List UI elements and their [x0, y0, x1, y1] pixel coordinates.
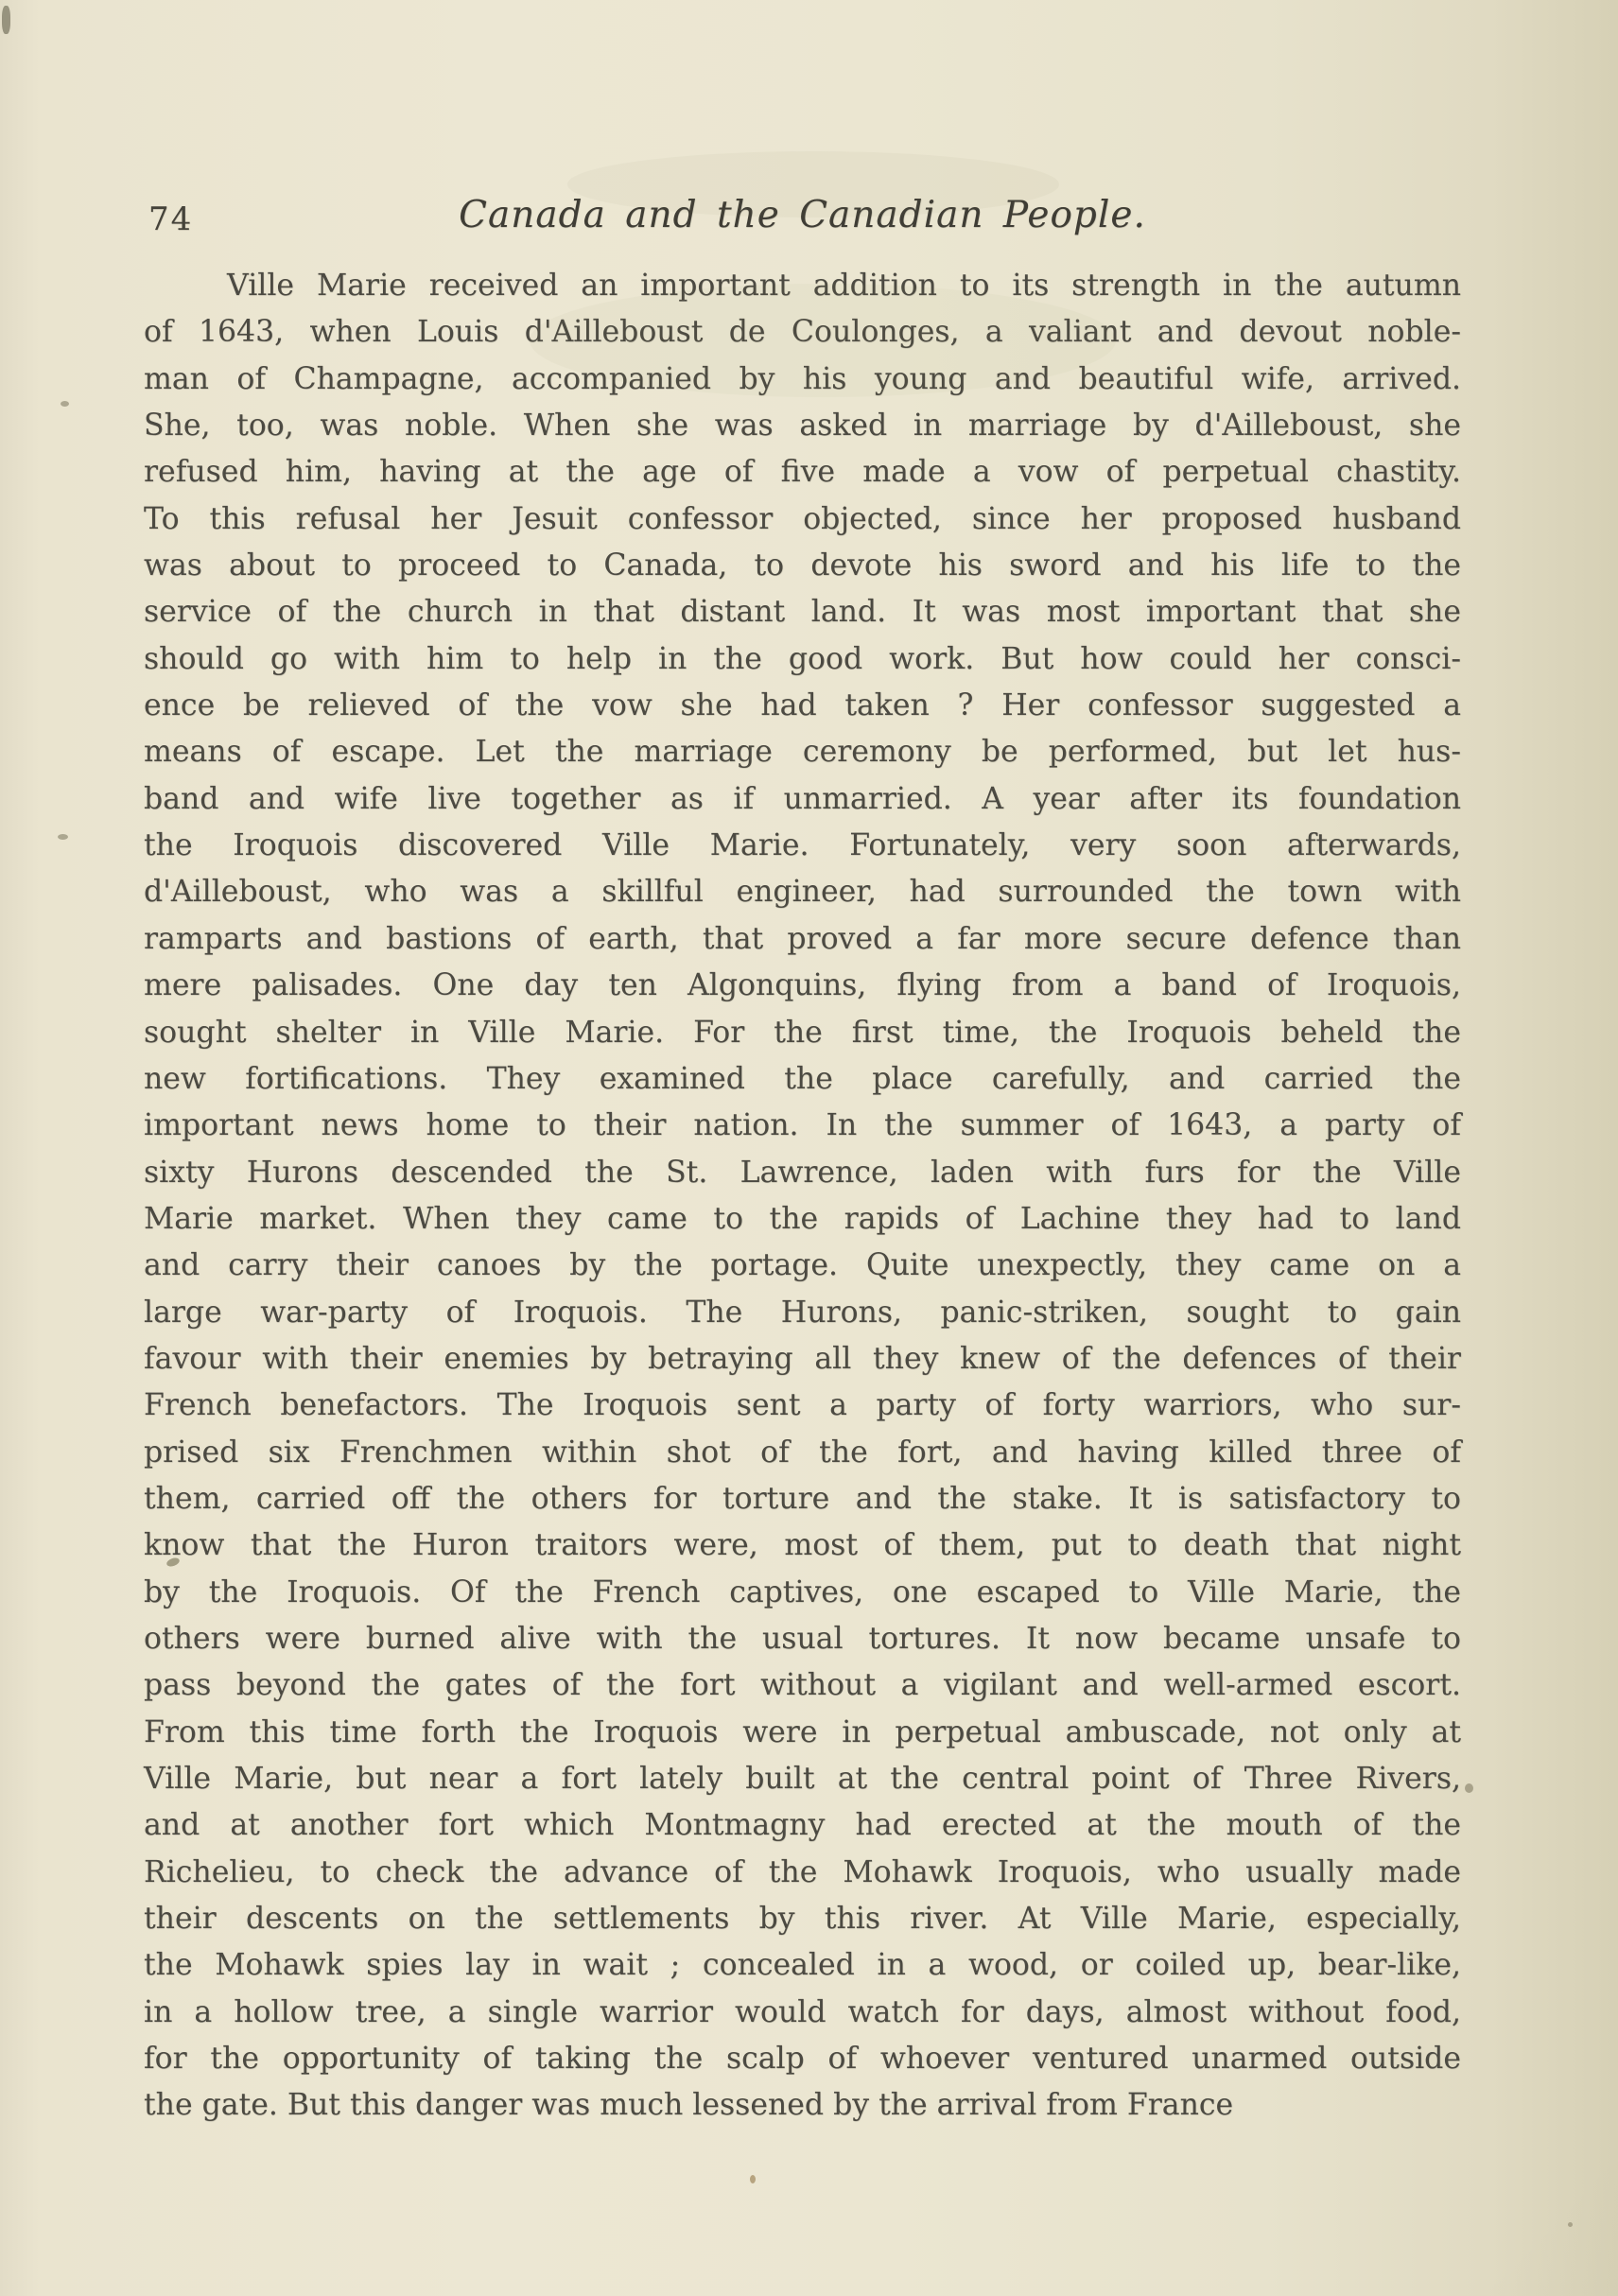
- text-line: Ville Marie, but near a fort lately buil…: [144, 1756, 1461, 1802]
- running-title: Canada and the Canadian People.: [144, 197, 1461, 234]
- text-line: the gate. But this danger was much lesse…: [144, 2082, 1461, 2129]
- text-line: was about to proceed to Canada, to devot…: [144, 543, 1461, 589]
- text-line: others were burned alive with the usual …: [144, 1616, 1461, 1662]
- text-line: pass beyond the gates of the fort withou…: [144, 1662, 1461, 1709]
- text-line: Richelieu, to check the advance of the M…: [144, 1850, 1461, 1896]
- text-line: in a hollow tree, a single warrior would…: [144, 1990, 1461, 2036]
- text-line: sought shelter in Ville Marie. For the f…: [144, 1010, 1461, 1056]
- ink-speck: [750, 2175, 756, 2183]
- text-line: means of escape. Let the marriage ceremo…: [144, 729, 1461, 775]
- text-line: Marie market. When they came to the rapi…: [144, 1196, 1461, 1243]
- text-line: d'Ailleboust, who was a skillful enginee…: [144, 869, 1461, 915]
- body-text: Ville Marie received an important additi…: [144, 263, 1461, 2130]
- text-line: and carry their canoes by the portage. Q…: [144, 1243, 1461, 1289]
- text-line: for the opportunity of taking the scalp …: [144, 2036, 1461, 2082]
- text-line: To this refusal her Jesuit confessor obj…: [144, 496, 1461, 543]
- text-line: the Iroquois discovered Ville Marie. For…: [144, 823, 1461, 869]
- text-line: large war-party of Iroquois. The Hurons,…: [144, 1290, 1461, 1336]
- text-line: service of the church in that distant la…: [144, 589, 1461, 635]
- ink-speck: [2, 6, 10, 34]
- ink-speck: [61, 401, 69, 407]
- text-line: by the Iroquois. Of the French captives,…: [144, 1570, 1461, 1616]
- text-line: Ville Marie received an important additi…: [144, 263, 1461, 309]
- ink-speck: [1465, 1783, 1473, 1793]
- text-line: and at another fort which Montmagny had …: [144, 1802, 1461, 1849]
- ink-speck: [58, 834, 68, 840]
- text-line: important news home to their nation. In …: [144, 1103, 1461, 1149]
- text-line: band and wife live together as if unmarr…: [144, 776, 1461, 823]
- text-line: them, carried off the others for torture…: [144, 1476, 1461, 1522]
- text-line: sixty Hurons descended the St. Lawrence,…: [144, 1150, 1461, 1196]
- text-line: favour with their enemies by betraying a…: [144, 1336, 1461, 1383]
- text-line: their descents on the settlements by thi…: [144, 1896, 1461, 1942]
- text-line: new fortifications. They examined the pl…: [144, 1056, 1461, 1103]
- text-line: French benefactors. The Iroquois sent a …: [144, 1383, 1461, 1429]
- text-line: ence be relieved of the vow she had take…: [144, 683, 1461, 729]
- page-header: 74 Canada and the Canadian People.: [144, 194, 1461, 251]
- text-line: of 1643, when Louis d'Ailleboust de Coul…: [144, 309, 1461, 356]
- text-line: know that the Huron traitors were, most …: [144, 1522, 1461, 1569]
- text-line: refused him, having at the age of five m…: [144, 449, 1461, 496]
- text-line: the Mohawk spies lay in wait ; concealed…: [144, 1942, 1461, 1989]
- text-line: From this time forth the Iroquois were i…: [144, 1710, 1461, 1756]
- scanned-book-page: 74 Canada and the Canadian People. Ville…: [0, 0, 1618, 2296]
- text-line: prised six Frenchmen within shot of the …: [144, 1430, 1461, 1476]
- ink-speck: [1568, 2222, 1573, 2227]
- text-line: man of Champagne, accompanied by his you…: [144, 357, 1461, 403]
- text-line: should go with him to help in the good w…: [144, 636, 1461, 683]
- text-line: ramparts and bastions of earth, that pro…: [144, 916, 1461, 963]
- text-line: She, too, was noble. When she was asked …: [144, 403, 1461, 449]
- text-line: mere palisades. One day ten Algonquins, …: [144, 963, 1461, 1009]
